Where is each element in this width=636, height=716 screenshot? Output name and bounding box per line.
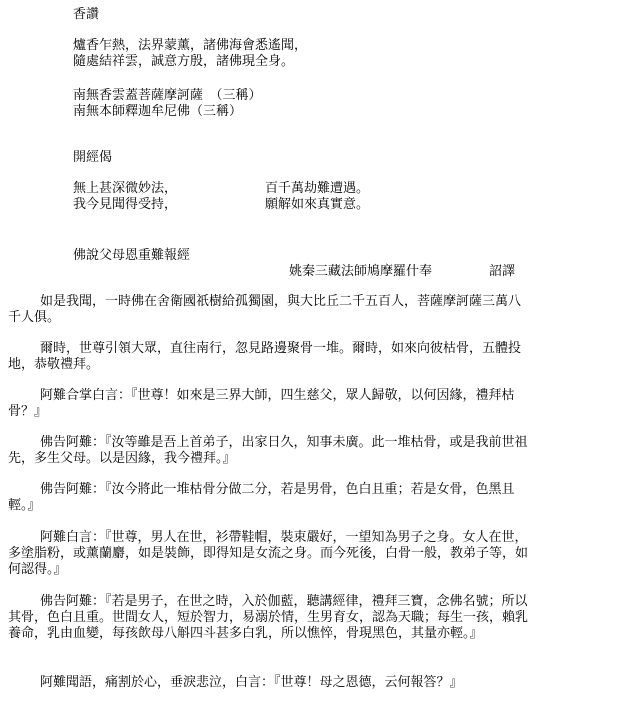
sutra-paragraph: 如是我聞，一時佛在舍衛國祇樹給孤獨園，與大比丘二千五百人，菩薩摩訶薩三萬八千人俱…: [8, 294, 528, 326]
sutra-paragraph: 佛告阿難：『汝等雖是吾上首弟子，出家日久，知事未廣。此一堆枯骨，或是我前世祖先，…: [8, 435, 528, 467]
incense-praise-line-2: 隨處結祥雲，誠意方殷，諸佛現全身。: [73, 54, 294, 70]
sutra-paragraph: 阿難白言：『世尊，男人在世，衫帶鞋帽，裝束嚴好，一望知為男子之身。女人在世，多塗…: [8, 530, 528, 578]
opening-verse-right-1: 百千萬劫難遭遇。: [265, 181, 369, 197]
sutra-paragraph: 阿難聞語，痛割於心，垂淚悲泣，白言：『世尊！母之恩德，云何報答？』: [8, 675, 528, 691]
incense-praise-title: 香讚: [73, 7, 99, 23]
opening-verse-left-2: 我今見聞得受持，: [73, 197, 177, 213]
opening-verse-right-2: 願解如來真實意。: [265, 197, 369, 213]
invocation-line-1: 南無香雲蓋菩薩摩訶薩 （三稱）: [73, 88, 262, 104]
sutra-paragraph: 佛告阿難：『汝今將此一堆枯骨分做二分，若是男骨，色白且重；若是女骨，色黑且輕。』: [8, 482, 528, 514]
invocation-line-2: 南無本師釋迦牟尼佛（三稱）: [73, 104, 242, 120]
sutra-paragraph: 佛告阿難：『若是男子，在世之時，入於伽藍，聽講經律，禮拜三寶，念佛名號；所以其骨…: [8, 594, 528, 642]
incense-praise-line-1: 爐香乍熱，法界蒙薰，諸佛海會悉遙聞，: [73, 38, 307, 54]
opening-verse-left-1: 無上甚深微妙法，: [73, 181, 177, 197]
sutra-translator-suffix: 詔譯: [489, 264, 515, 280]
sutra-paragraph: 阿難合掌白言：『世尊！如來是三界大師，四生慈父，眾人歸敬，以何因緣，禮拜枯骨？』: [8, 388, 528, 420]
sutra-translator: 姚秦三藏法師鳩摩羅什奉: [289, 264, 432, 280]
opening-verse-title: 開經偈: [73, 150, 112, 166]
sutra-title: 佛說父母恩重難報經: [73, 248, 190, 264]
sutra-paragraph: 爾時，世尊引領大眾，直往南行，忽見路邊聚骨一堆。爾時，如來向彼枯骨，五體投地，恭…: [8, 341, 528, 373]
